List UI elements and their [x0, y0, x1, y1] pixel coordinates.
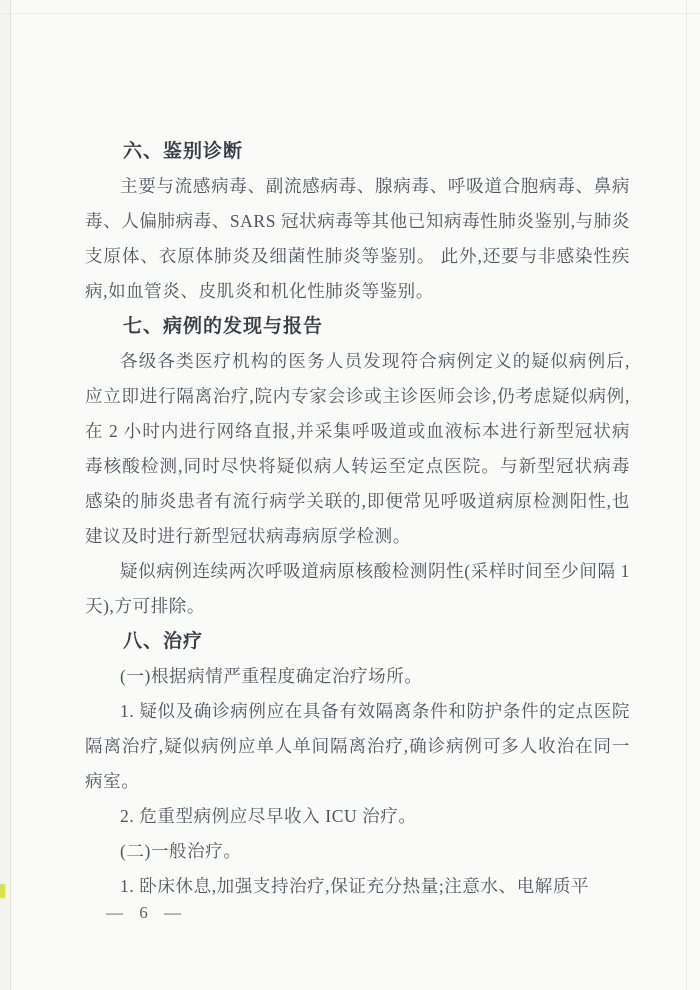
- paragraph-differential-diagnosis: 主要与流感病毒、副流感病毒、腺病毒、呼吸道合胞病毒、鼻病毒、人偏肺病毒、SARS…: [85, 169, 630, 309]
- paragraph-isolation-treatment: 1. 疑似及确诊病例应在具备有效隔离条件和防护条件的定点医院隔离治疗,疑似病例应…: [85, 694, 630, 799]
- paragraph-bed-rest: 1. 卧床休息,加强支持治疗,保证充分热量;注意水、电解质平: [85, 869, 630, 904]
- scan-edge-left-strip: [0, 0, 10, 990]
- document-body: 六、鉴别诊断 主要与流感病毒、副流感病毒、腺病毒、呼吸道合胞病毒、鼻病毒、人偏肺…: [85, 134, 630, 904]
- section-heading-differential-diagnosis: 六、鉴别诊断: [85, 134, 630, 169]
- scan-edge-left-line: [10, 0, 11, 990]
- paragraph-general-treatment-heading: (二)一般治疗。: [85, 834, 630, 869]
- section-heading-case-detection-reporting: 七、病例的发现与报告: [85, 309, 630, 344]
- paragraph-case-exclusion-criteria: 疑似病例连续两次呼吸道病原核酸检测阴性(采样时间至少间隔 1 天),方可排除。: [85, 554, 630, 624]
- paragraph-case-detection-reporting: 各级各类医疗机构的医务人员发现符合病例定义的疑似病例后,应立即进行隔离治疗,院内…: [85, 344, 630, 554]
- scan-artifact-mark: [0, 884, 5, 898]
- scan-edge-right-line: [686, 0, 687, 990]
- scanned-document-page: 六、鉴别诊断 主要与流感病毒、副流感病毒、腺病毒、呼吸道合胞病毒、鼻病毒、人偏肺…: [0, 0, 700, 990]
- scan-edge-top-line: [0, 13, 700, 14]
- page-footer: — 6 —: [106, 901, 182, 925]
- page-number: — 6 —: [106, 903, 182, 922]
- paragraph-treatment-site: (一)根据病情严重程度确定治疗场所。: [85, 659, 630, 694]
- section-heading-treatment: 八、治疗: [85, 624, 630, 659]
- paragraph-icu-treatment: 2. 危重型病例应尽早收入 ICU 治疗。: [85, 799, 630, 834]
